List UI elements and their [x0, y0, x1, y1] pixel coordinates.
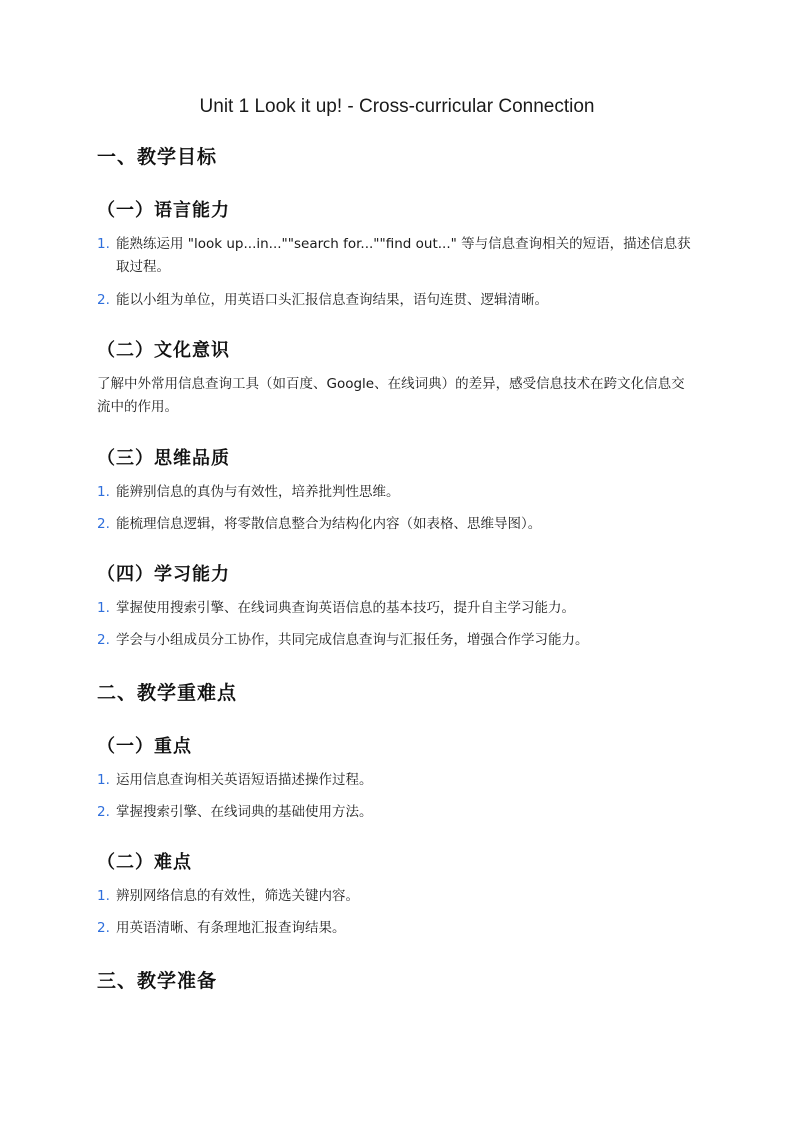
section-heading-key-difficult-points: 二、教学重难点	[97, 678, 237, 705]
list-item: 1. 运用信息查询相关英语短语描述操作过程。	[97, 769, 697, 792]
list-item: 2. 能梳理信息逻辑，将零散信息整合为结构化内容（如表格、思维导图）。	[97, 513, 697, 536]
list-number: 2.	[97, 629, 110, 652]
list-number: 1.	[97, 481, 110, 504]
subheading-learning-ability: （四）学习能力	[97, 560, 230, 586]
subheading-language-ability: （一）语言能力	[97, 196, 230, 222]
list-item-text: 能辨别信息的真伪与有效性，培养批判性思维。	[116, 484, 400, 500]
list-number: 1.	[97, 769, 110, 792]
list-item: 2. 能以小组为单位，用英语口头汇报信息查询结果，语句连贯、逻辑清晰。	[97, 289, 697, 312]
list-item: 1. 掌握使用搜索引擎、在线词典查询英语信息的基本技巧，提升自主学习能力。	[97, 597, 697, 620]
list-item-text: 运用信息查询相关英语短语描述操作过程。	[116, 772, 373, 788]
list-item-text: 掌握搜索引擎、在线词典的基础使用方法。	[116, 804, 373, 820]
list-item-text: 能以小组为单位，用英语口头汇报信息查询结果，语句连贯、逻辑清晰。	[116, 292, 548, 308]
list-item: 1. 能熟练运用 "look up...in...""search for...…	[97, 233, 697, 279]
subheading-cultural-awareness: （二）文化意识	[97, 336, 230, 362]
list-item-text: 能熟练运用 "look up...in...""search for...""f…	[116, 236, 691, 275]
subheading-key-points: （一）重点	[97, 732, 192, 758]
list-item: 1. 辨别网络信息的有效性，筛选关键内容。	[97, 885, 697, 908]
subheading-thinking-quality: （三）思维品质	[97, 444, 230, 470]
section-heading-teaching-preparation: 三、教学准备	[97, 966, 217, 993]
list-number: 1.	[97, 233, 110, 256]
list-number: 2.	[97, 917, 110, 940]
document-page: Unit 1 Look it up! - Cross-curricular Co…	[0, 0, 794, 1123]
list-number: 2.	[97, 801, 110, 824]
list-number: 1.	[97, 885, 110, 908]
list-number: 1.	[97, 597, 110, 620]
subheading-difficult-points: （二）难点	[97, 848, 192, 874]
section-heading-teaching-objectives: 一、教学目标	[97, 142, 217, 169]
list-item-text: 辨别网络信息的有效性，筛选关键内容。	[116, 888, 359, 904]
list-item: 2. 学会与小组成员分工协作，共同完成信息查询与汇报任务，增强合作学习能力。	[97, 629, 697, 652]
list-item-text: 掌握使用搜索引擎、在线词典查询英语信息的基本技巧，提升自主学习能力。	[116, 600, 575, 616]
list-item-text: 学会与小组成员分工协作，共同完成信息查询与汇报任务，增强合作学习能力。	[116, 632, 589, 648]
list-item-text: 用英语清晰、有条理地汇报查询结果。	[116, 920, 346, 936]
list-number: 2.	[97, 289, 110, 312]
list-number: 2.	[97, 513, 110, 536]
list-item: 2. 掌握搜索引擎、在线词典的基础使用方法。	[97, 801, 697, 824]
list-item: 1. 能辨别信息的真伪与有效性，培养批判性思维。	[97, 481, 697, 504]
document-title: Unit 1 Look it up! - Cross-curricular Co…	[0, 96, 794, 118]
list-item: 2. 用英语清晰、有条理地汇报查询结果。	[97, 917, 697, 940]
paragraph-cultural-awareness: 了解中外常用信息查询工具（如百度、Google、在线词典）的差异，感受信息技术在…	[97, 373, 697, 419]
list-item-text: 能梳理信息逻辑，将零散信息整合为结构化内容（如表格、思维导图）。	[116, 516, 541, 532]
